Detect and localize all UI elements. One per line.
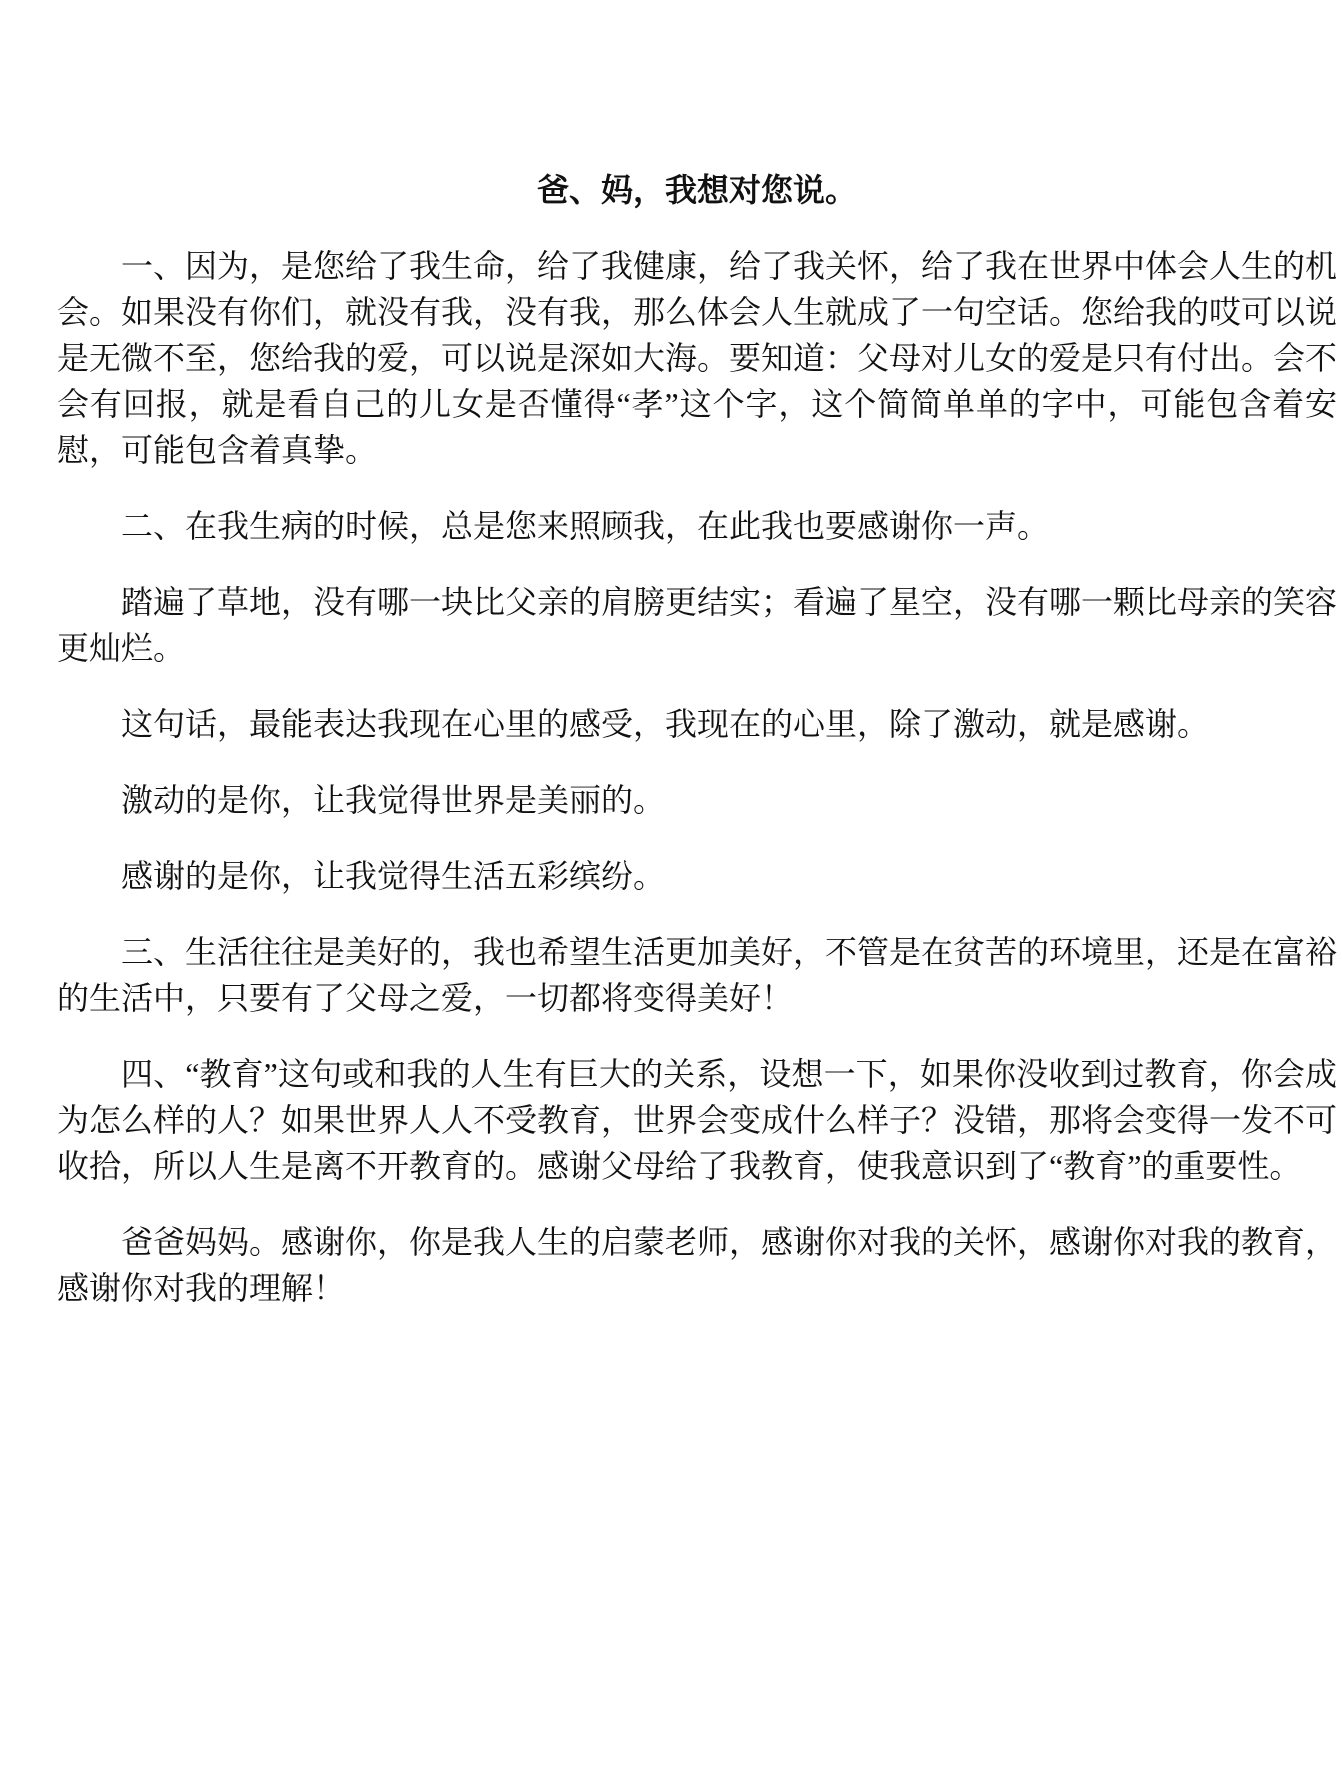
paragraph-3: 踏遍了草地，没有哪一块比父亲的肩膀更结实；看遍了星空，没有哪一颗比母亲的笑容更灿… <box>57 579 1337 671</box>
paragraph-4: 这句话，最能表达我现在心里的感受，我现在的心里，除了激动，就是感谢。 <box>57 701 1337 747</box>
document-page: 爸、妈，我想对您说。 一、因为，是您给了我生命，给了我健康，给了我关怀，给了我在… <box>0 0 1342 1789</box>
paragraph-6: 感谢的是你，让我觉得生活五彩缤纷。 <box>57 853 1337 899</box>
document-content: 爸、妈，我想对您说。 一、因为，是您给了我生命，给了我健康，给了我关怀，给了我在… <box>57 167 1337 1341</box>
paragraph-8: 四、“教育”这句或和我的人生有巨大的关系，设想一下，如果你没收到过教育，你会成为… <box>57 1051 1337 1189</box>
paragraph-9: 爸爸妈妈。感谢你，你是我人生的启蒙老师，感谢你对我的关怀，感谢你对我的教育，感谢… <box>57 1219 1337 1311</box>
paragraph-1: 一、因为，是您给了我生命，给了我健康，给了我关怀，给了我在世界中体会人生的机会。… <box>57 243 1337 473</box>
paragraph-5: 激动的是你，让我觉得世界是美丽的。 <box>57 777 1337 823</box>
paragraph-2: 二、在我生病的时候，总是您来照顾我，在此我也要感谢你一声。 <box>57 503 1337 549</box>
paragraph-7: 三、生活往往是美好的，我也希望生活更加美好，不管是在贫苦的环境里，还是在富裕的生… <box>57 929 1337 1021</box>
document-title: 爸、妈，我想对您说。 <box>57 167 1337 213</box>
